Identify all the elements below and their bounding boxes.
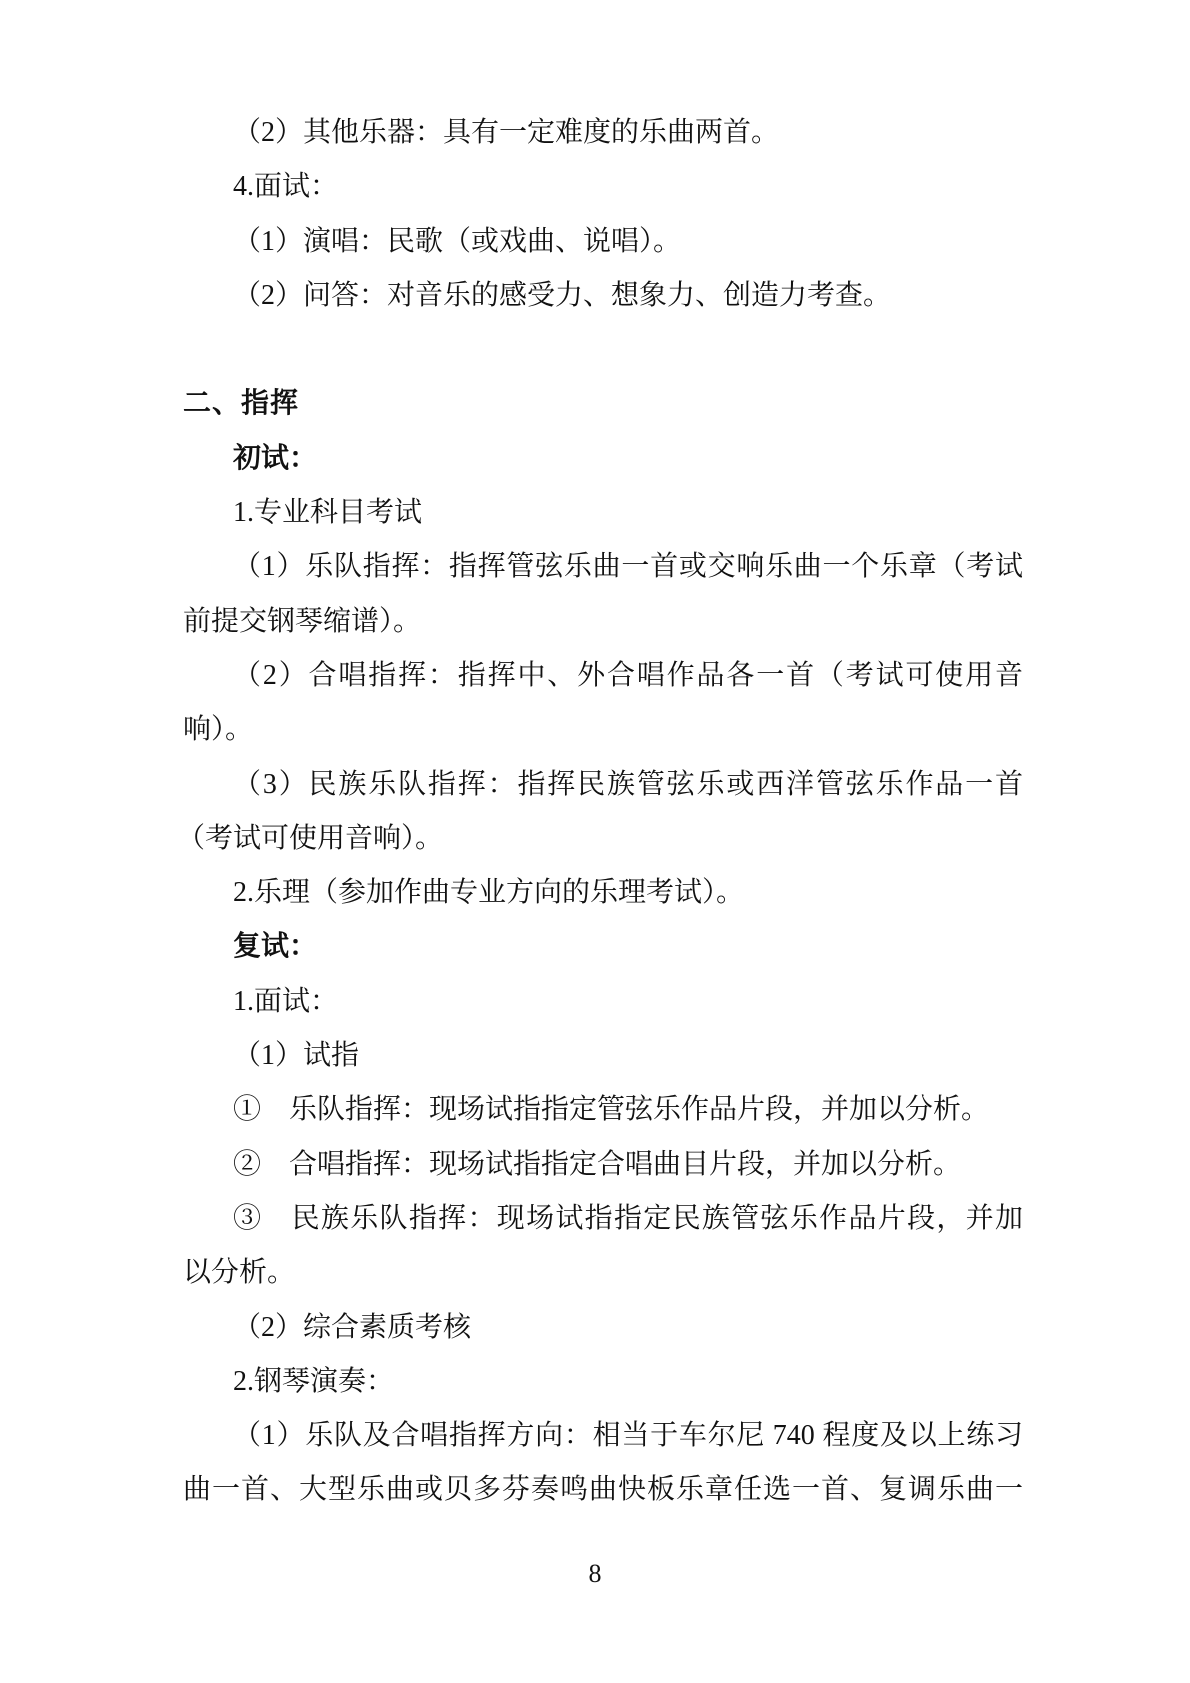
text-line: ③ 民族乐队指挥：现场试指指定民族管弦乐作品片段，并加 xyxy=(183,1192,1023,1246)
text-line: （1）乐队指挥：指挥管弦乐曲一首或交响乐曲一个乐章（考试 xyxy=(183,540,1023,594)
text-line: ① 乐队指挥：现场试指指定管弦乐作品片段，并加以分析。 xyxy=(183,1083,1023,1137)
subsection-heading: 初试： xyxy=(183,432,1023,486)
text-line: 1.面试： xyxy=(183,975,1023,1029)
blank-line xyxy=(183,323,1023,377)
subsection-heading: 复试： xyxy=(183,920,1023,974)
text-line: （1）试指 xyxy=(183,1029,1023,1083)
text-line: （1）演唱：民歌（或戏曲、说唱）。 xyxy=(183,215,1023,269)
text-line: 4.面试： xyxy=(183,160,1023,214)
text-line: （2）其他乐器：具有一定难度的乐曲两首。 xyxy=(183,106,1023,160)
text-line: 响）。 xyxy=(183,703,1023,757)
text-line: 2.钢琴演奏： xyxy=(183,1355,1023,1409)
document-page: （2）其他乐器：具有一定难度的乐曲两首。 4.面试： （1）演唱：民歌（或戏曲、… xyxy=(0,0,1190,1683)
text-line: 曲一首、大型乐曲或贝多芬奏鸣曲快板乐章任选一首、复调乐曲一 xyxy=(183,1463,1023,1517)
text-line: 2.乐理（参加作曲专业方向的乐理考试）。 xyxy=(183,866,1023,920)
text-line: ② 合唱指挥：现场试指指定合唱曲目片段，并加以分析。 xyxy=(183,1138,1023,1192)
text-line: 1.专业科目考试 xyxy=(183,486,1023,540)
text-line: 以分析。 xyxy=(183,1246,1023,1300)
section-heading: 二、指挥 xyxy=(183,377,1023,431)
text-line: （3）民族乐队指挥：指挥民族管弦乐或西洋管弦乐作品一首 xyxy=(183,758,1023,812)
text-line: 前提交钢琴缩谱）。 xyxy=(183,595,1023,649)
text-line: （2）综合素质考核 xyxy=(183,1301,1023,1355)
text-line: （1）乐队及合唱指挥方向：相当于车尔尼 740 程度及以上练习 xyxy=(183,1409,1023,1463)
page-number: 8 xyxy=(0,1559,1190,1589)
text-line: （考试可使用音响）。 xyxy=(177,812,1023,866)
text-block: （2）其他乐器：具有一定难度的乐曲两首。 4.面试： （1）演唱：民歌（或戏曲、… xyxy=(183,106,1023,1518)
text-line: （2）问答：对音乐的感受力、想象力、创造力考查。 xyxy=(183,269,1023,323)
text-line: （2）合唱指挥：指挥中、外合唱作品各一首（考试可使用音 xyxy=(183,649,1023,703)
